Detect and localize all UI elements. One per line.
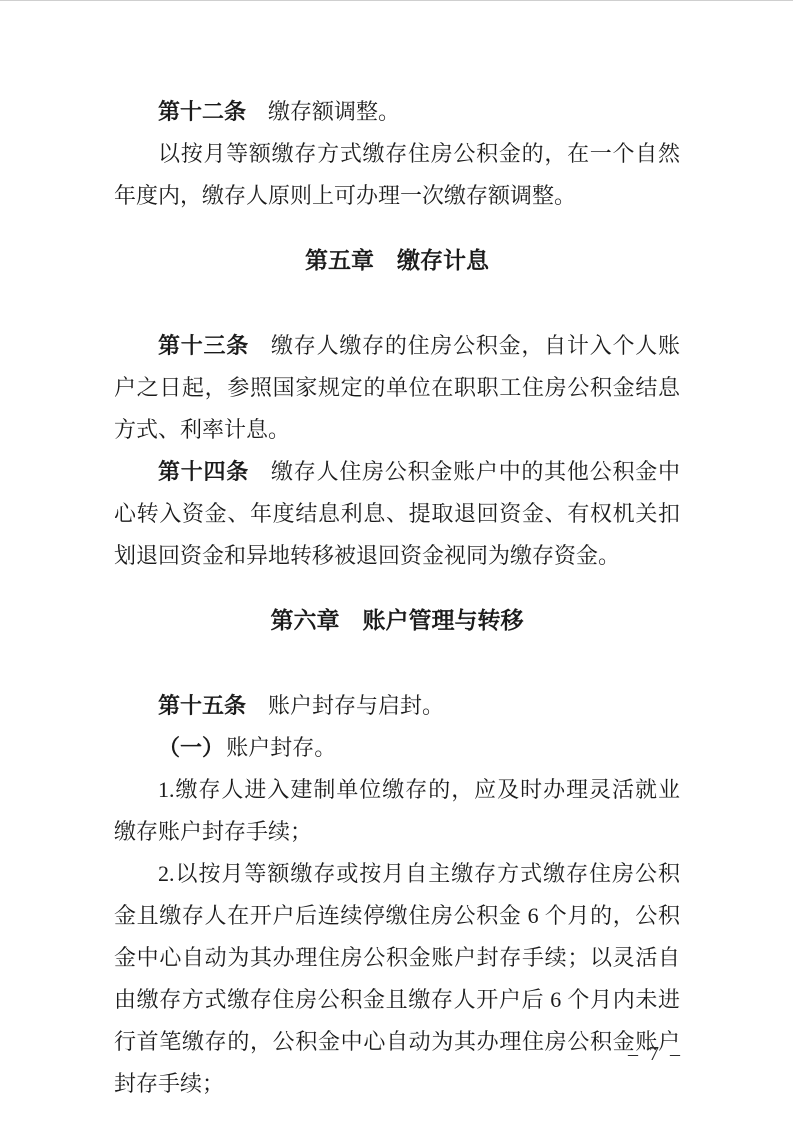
- chapter-6-heading: 第六章 账户管理与转移: [114, 599, 680, 641]
- document-body: 第十二条缴存额调整。以按月等额缴存方式缴存住房公积金的，在一个自然年度内，缴存人…: [114, 91, 680, 1105]
- article-15-heading-text: 账户封存与启封。: [268, 693, 444, 718]
- article-12-heading-lead: 第十二条: [158, 99, 246, 124]
- document-page: 第十二条缴存额调整。以按月等额缴存方式缴存住房公积金的，在一个自然年度内，缴存人…: [0, 0, 793, 1122]
- item-account-sealing: （一）账户封存。: [114, 727, 680, 769]
- article-13: 第十三条缴存人缴存的住房公积金，自计入个人账户之日起，参照国家规定的单位在职职工…: [114, 325, 680, 451]
- page-footer: – 7 –: [628, 1039, 683, 1069]
- item-account-sealing-lead: （一）: [158, 735, 224, 760]
- article-15-heading-lead: 第十五条: [158, 693, 246, 718]
- article-13-lead: 第十三条: [158, 333, 249, 358]
- chapter-5-heading: 第五章 缴存计息: [114, 239, 680, 281]
- article-14-lead: 第十四条: [158, 459, 249, 484]
- clause-1: 1.缴存人进入建制单位缴存的，应及时办理灵活就业缴存账户封存手续；: [114, 769, 680, 853]
- clause-2: 2.以按月等额缴存或按月自主缴存方式缴存住房公积金且缴存人在开户后连续停缴住房公…: [114, 853, 680, 1105]
- page-number: – 7 –: [628, 1043, 683, 1065]
- item-account-sealing-text: 账户封存。: [226, 735, 336, 760]
- article-14: 第十四条缴存人住房公积金账户中的其他公积金中心转入资金、年度结息利息、提取退回资…: [114, 451, 680, 577]
- article-12-heading: 第十二条缴存额调整。: [114, 91, 680, 133]
- article-15-heading: 第十五条账户封存与启封。: [114, 685, 680, 727]
- article-12-heading-text: 缴存额调整。: [268, 99, 400, 124]
- article-12-para: 以按月等额缴存方式缴存住房公积金的，在一个自然年度内，缴存人原则上可办理一次缴存…: [114, 133, 680, 217]
